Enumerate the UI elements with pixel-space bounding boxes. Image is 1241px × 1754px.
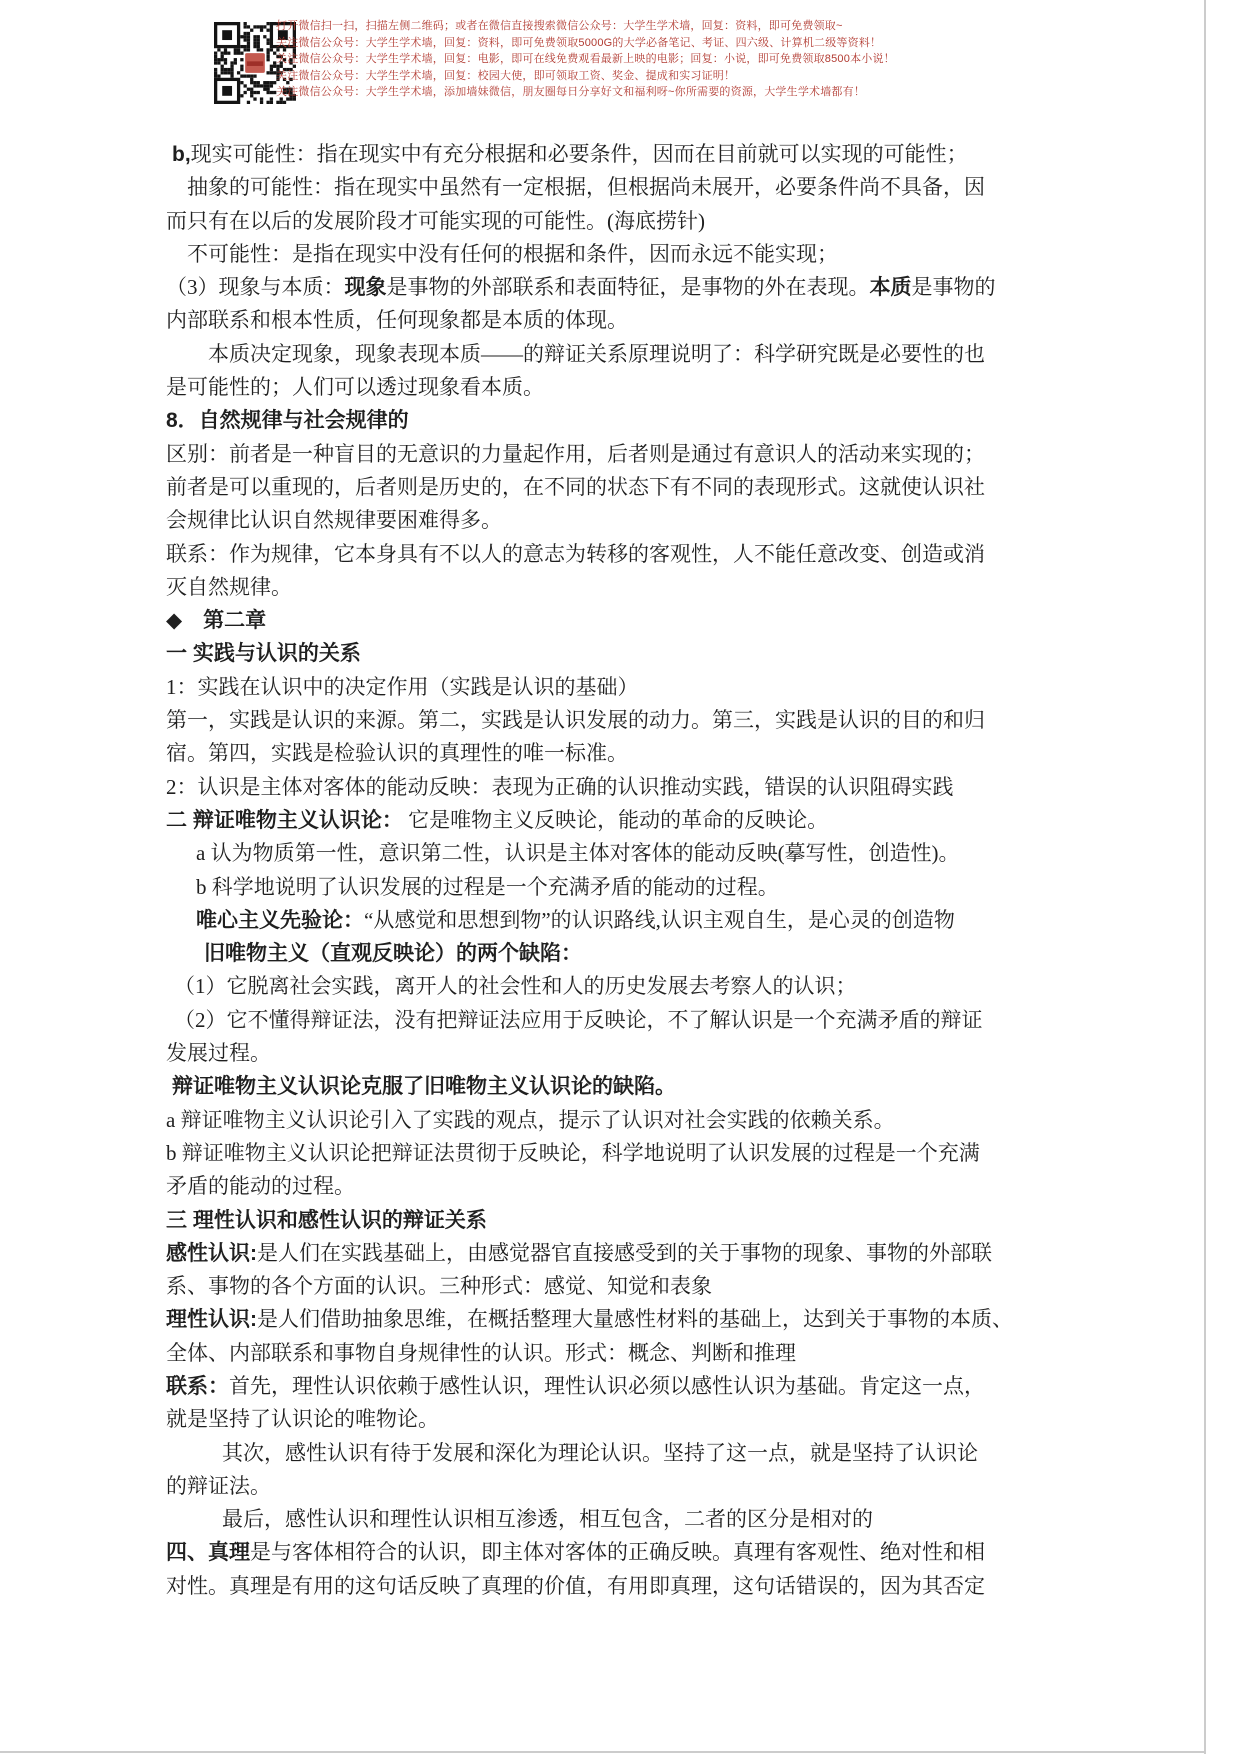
text-run: 1：实践在认识中的决定作用（实践是认识的基础）	[166, 675, 639, 699]
text-run: 系、事物的各个方面的认识。三种形式：感觉、知觉和表象	[166, 1274, 712, 1298]
text-run: b,	[172, 143, 191, 166]
text-run: 是与客体相符合的认识，即主体对客体的正确反映。真理有客观性、绝对性和相	[250, 1540, 985, 1564]
document-body: b,现实可能性：指在现实中有充分根据和必要条件，因而在目前就可以实现的可能性；抽…	[166, 138, 1176, 1603]
text-run: 全体、内部联系和事物自身规律性的认识。形式：概念、判断和推理	[166, 1341, 796, 1365]
text-run: 唯心主义先验论：	[196, 909, 364, 932]
text-run: 第一，实践是认识的来源。第二，实践是认识发展的动力。第三，实践是认识的目的和归	[166, 708, 985, 732]
text-run: 会规律比认识自然规律要困难得多。	[166, 508, 502, 532]
paragraph-line: 1：实践在认识中的决定作用（实践是认识的基础）	[166, 671, 1176, 704]
text-run: 是可能性的；人们可以透过现象看本质。	[166, 375, 544, 399]
text-run: 最后，感性认识和理性认识相互渗透，相互包含，二者的区分是相对的	[222, 1507, 873, 1531]
paragraph-line: 而只有在以后的发展阶段才可能实现的可能性。(海底捞针)	[166, 205, 1176, 238]
header-lines: 打开微信扫一扫，扫描左侧二维码；或者在微信直接搜索微信公众号：大学生学术墙，回复…	[276, 18, 1076, 101]
promo-header: 打开微信扫一扫，扫描左侧二维码；或者在微信直接搜索微信公众号：大学生学术墙，回复…	[0, 0, 1241, 120]
text-run: 发展过程。	[166, 1041, 271, 1065]
paragraph-line: ◆ 第二章	[166, 604, 1176, 637]
text-run: 内部联系和根本性质，任何现象都是本质的体现。	[166, 308, 628, 332]
text-run: 联系：作为规律，它本身具有不以人的意志为转移的客观性，人不能任意改变、创造或消	[166, 542, 985, 566]
paragraph-line: 二 辩证唯物主义认识论： 它是唯物主义反映论，能动的革命的反映论。	[166, 804, 1176, 837]
text-run: 是人们借助抽象思维，在概括整理大量感性材料的基础上，达到关于事物的本质、	[257, 1307, 1013, 1331]
diamond-bullet-icon: ◆	[166, 609, 182, 632]
text-run: 二 辩证唯物主义认识论：	[166, 809, 403, 832]
paragraph-line: 内部联系和根本性质，任何现象都是本质的体现。	[166, 304, 1176, 337]
paragraph-line: b,现实可能性：指在现实中有充分根据和必要条件，因而在目前就可以实现的可能性；	[166, 138, 1176, 171]
paragraph-line: 本质决定现象，现象表现本质——的辩证关系原理说明了：科学研究既是必要性的也	[166, 338, 1176, 371]
paragraph-line: 感性认识:是人们在实践基础上，由感觉器官直接感受到的关于事物的现象、事物的外部联	[166, 1237, 1176, 1270]
paragraph-line: （2）它不懂得辩证法，没有把辩证法应用于反映论，不了解认识是一个充满矛盾的辩证	[166, 1004, 1176, 1037]
paragraph-line: 矛盾的能动的过程。	[166, 1170, 1176, 1203]
text-run: 现实可能性：指在现实中有充分根据和必要条件，因而在目前就可以实现的可能性；	[191, 142, 968, 166]
text-run: 现象	[345, 276, 387, 299]
text-run: 抽象的可能性：指在现实中虽然有一定根据，但根据尚未展开，必要条件尚不具备，因	[187, 175, 985, 199]
paragraph-line: 辩证唯物主义认识论克服了旧唯物主义认识论的缺陷。	[166, 1070, 1176, 1103]
paragraph-line: 抽象的可能性：指在现实中虽然有一定根据，但根据尚未展开，必要条件尚不具备，因	[166, 171, 1176, 204]
paragraph-line: 全体、内部联系和事物自身规律性的认识。形式：概念、判断和推理	[166, 1337, 1176, 1370]
text-run: 三 理性认识和感性认识的辩证关系	[166, 1209, 487, 1232]
text-run: 其次，感性认识有待于发展和深化为理论认识。坚持了这一点，就是坚持了认识论	[222, 1441, 978, 1465]
text-run: 四、真理	[166, 1541, 250, 1564]
paragraph-line: a 认为物质第一性，意识第二性，认识是主体对客体的能动反映(摹写性，创造性)。	[166, 837, 1176, 870]
paragraph-line: 旧唯物主义（直观反映论）的两个缺陷：	[166, 937, 1176, 970]
paragraph-line: 就是坚持了认识论的唯物论。	[166, 1403, 1176, 1436]
text-run: 宿。第四，实践是检验认识的真理性的唯一标准。	[166, 741, 628, 765]
text-run: 8．自然规律与社会规律的	[166, 409, 409, 432]
text-run: a 辩证唯物主义认识论引入了实践的观点，提示了认识对社会实践的依赖关系。	[166, 1108, 895, 1132]
paragraph-line: 一 实践与认识的关系	[166, 637, 1176, 670]
paragraph-line: 8．自然规律与社会规律的	[166, 404, 1176, 437]
document-page: 打开微信扫一扫，扫描左侧二维码；或者在微信直接搜索微信公众号：大学生学术墙，回复…	[0, 0, 1241, 1754]
paragraph-line: 对性。真理是有用的这句话反映了真理的价值，有用即真理，这句话错误的，因为其否定	[166, 1570, 1176, 1603]
text-run: 是事物的	[912, 275, 996, 299]
paragraph-line: 联系：首先，理性认识依赖于感性认识，理性认识必须以感性认识为基础。肯定这一点，	[166, 1370, 1176, 1403]
header-line: 关注微信公众号：大学生学术墙，添加墙妹微信，朋友圈每日分享好文和福利呀~你所需要…	[276, 84, 1076, 101]
paragraph-line: （1）它脱离社会实践，离开人的社会性和人的历史发展去考察人的认识；	[166, 970, 1176, 1003]
text-run: 灭自然规律。	[166, 575, 292, 599]
header-line: 打开微信扫一扫，扫描左侧二维码；或者在微信直接搜索微信公众号：大学生学术墙，回复…	[276, 18, 1076, 35]
paragraph-line: b 科学地说明了认识发展的过程是一个充满矛盾的能动的过程。	[166, 871, 1176, 904]
text-run: 区别：前者是一种盲目的无意识的力量起作用，后者则是通过有意识人的活动来实现的；	[166, 442, 985, 466]
text-run: 不可能性：是指在现实中没有任何的根据和条件，因而永远不能实现；	[187, 242, 838, 266]
text-run: b 科学地说明了认识发展的过程是一个充满矛盾的能动的过程。	[196, 875, 779, 899]
text-run: 理性认识:	[166, 1308, 257, 1331]
paragraph-line: 区别：前者是一种盲目的无意识的力量起作用，后者则是通过有意识人的活动来实现的；	[166, 438, 1176, 471]
text-run: 感性认识:	[166, 1242, 257, 1265]
text-run: （3）现象与本质：	[166, 275, 345, 299]
paragraph-line: 是可能性的；人们可以透过现象看本质。	[166, 371, 1176, 404]
text-run: b 辩证唯物主义认识论把辩证法贯彻于反映论，科学地说明了认识发展的过程是一个充满	[166, 1141, 980, 1165]
header-line: 关注微信公众号：大学生学术墙，回复：资料，即可免费领取5000G的大学必备笔记、…	[276, 35, 1076, 52]
text-run: 一 实践与认识的关系	[166, 642, 361, 665]
paragraph-line: b 辩证唯物主义认识论把辩证法贯彻于反映论，科学地说明了认识发展的过程是一个充满	[166, 1137, 1176, 1170]
paragraph-line: 最后，感性认识和理性认识相互渗透，相互包含，二者的区分是相对的	[166, 1503, 1176, 1536]
text-run: 2：认识是主体对客体的能动反映：表现为正确的认识推动实践，错误的认识阻碍实践	[166, 775, 954, 799]
text-run: 是事物的外部联系和表面特征，是事物的外在表现。	[387, 275, 870, 299]
text-run: 的辩证法。	[166, 1474, 271, 1498]
page-edge-right	[1204, 0, 1206, 1754]
paragraph-line: 灭自然规律。	[166, 571, 1176, 604]
text-run: 本质决定现象，现象表现本质——的辩证关系原理说明了：科学研究既是必要性的也	[208, 342, 985, 366]
text-run: a 认为物质第一性，意识第二性，认识是主体对客体的能动反映(摹写性，创造性)。	[196, 841, 960, 865]
header-line: 关注微信公众号：大学生学术墙，回复：校园大使，即可领取工资、奖金、提成和实习证明…	[276, 68, 1076, 85]
paragraph-line: a 辩证唯物主义认识论引入了实践的观点，提示了认识对社会实践的依赖关系。	[166, 1104, 1176, 1137]
text-run: 旧唯物主义（直观反映论）的两个缺陷：	[204, 942, 582, 965]
paragraph-line: 2：认识是主体对客体的能动反映：表现为正确的认识推动实践，错误的认识阻碍实践	[166, 771, 1176, 804]
paragraph-line: 唯心主义先验论：“从感觉和思想到物”的认识路线,认识主观自生，是心灵的创造物	[166, 904, 1176, 937]
paragraph-line: 三 理性认识和感性认识的辩证关系	[166, 1204, 1176, 1237]
paragraph-line: 第一，实践是认识的来源。第二，实践是认识发展的动力。第三，实践是认识的目的和归	[166, 704, 1176, 737]
text-run: 对性。真理是有用的这句话反映了真理的价值，有用即真理，这句话错误的，因为其否定	[166, 1574, 985, 1598]
text-run: 第二章	[182, 609, 266, 632]
paragraph-line: 四、真理是与客体相符合的认识，即主体对客体的正确反映。真理有客观性、绝对性和相	[166, 1536, 1176, 1569]
paragraph-line: 其次，感性认识有待于发展和深化为理论认识。坚持了这一点，就是坚持了认识论	[166, 1437, 1176, 1470]
text-run: 而只有在以后的发展阶段才可能实现的可能性。(海底捞针)	[166, 209, 705, 233]
paragraph-line: 宿。第四，实践是检验认识的真理性的唯一标准。	[166, 737, 1176, 770]
text-run: 前者是可以重现的，后者则是历史的，在不同的状态下有不同的表现形式。这就使认识社	[166, 475, 985, 499]
paragraph-line: 联系：作为规律，它本身具有不以人的意志为转移的客观性，人不能任意改变、创造或消	[166, 538, 1176, 571]
text-run: 辩证唯物主义认识论克服了旧唯物主义认识论的缺陷。	[172, 1075, 676, 1098]
text-run: “从感觉和思想到物”的认识路线,认识主观自生，是心灵的创造物	[364, 908, 955, 932]
paragraph-line: 会规律比认识自然规律要困难得多。	[166, 504, 1176, 537]
text-run: 是人们在实践基础上，由感觉器官直接感受到的关于事物的现象、事物的外部联	[257, 1241, 992, 1265]
text-run: 它是唯物主义反映论，能动的革命的反映论。	[403, 808, 828, 832]
paragraph-line: 发展过程。	[166, 1037, 1176, 1070]
text-run: 就是坚持了认识论的唯物论。	[166, 1407, 439, 1431]
text-run: 首先，理性认识依赖于感性认识，理性认识必须以感性认识为基础。肯定这一点，	[229, 1374, 985, 1398]
text-run: （2）它不懂得辩证法，没有把辩证法应用于反映论，不了解认识是一个充满矛盾的辩证	[174, 1008, 983, 1032]
text-run: 联系：	[166, 1375, 229, 1398]
paragraph-line: 的辩证法。	[166, 1470, 1176, 1503]
text-run: （1）它脱离社会实践，离开人的社会性和人的历史发展去考察人的认识；	[174, 974, 857, 998]
text-run: 矛盾的能动的过程。	[166, 1174, 355, 1198]
paragraph-line: （3）现象与本质：现象是事物的外部联系和表面特征，是事物的外在表现。本质是事物的	[166, 271, 1176, 304]
text-run: 本质	[870, 276, 912, 299]
paragraph-line: 系、事物的各个方面的认识。三种形式：感觉、知觉和表象	[166, 1270, 1176, 1303]
paragraph-line: 前者是可以重现的，后者则是历史的，在不同的状态下有不同的表现形式。这就使认识社	[166, 471, 1176, 504]
header-line: 关注微信公众号：大学生学术墙，回复：电影，即可在线免费观看最新上映的电影；回复：…	[276, 51, 1076, 68]
page-edge-bottom	[0, 1751, 1206, 1753]
paragraph-line: 不可能性：是指在现实中没有任何的根据和条件，因而永远不能实现；	[166, 238, 1176, 271]
paragraph-line: 理性认识:是人们借助抽象思维，在概括整理大量感性材料的基础上，达到关于事物的本质…	[166, 1303, 1176, 1336]
